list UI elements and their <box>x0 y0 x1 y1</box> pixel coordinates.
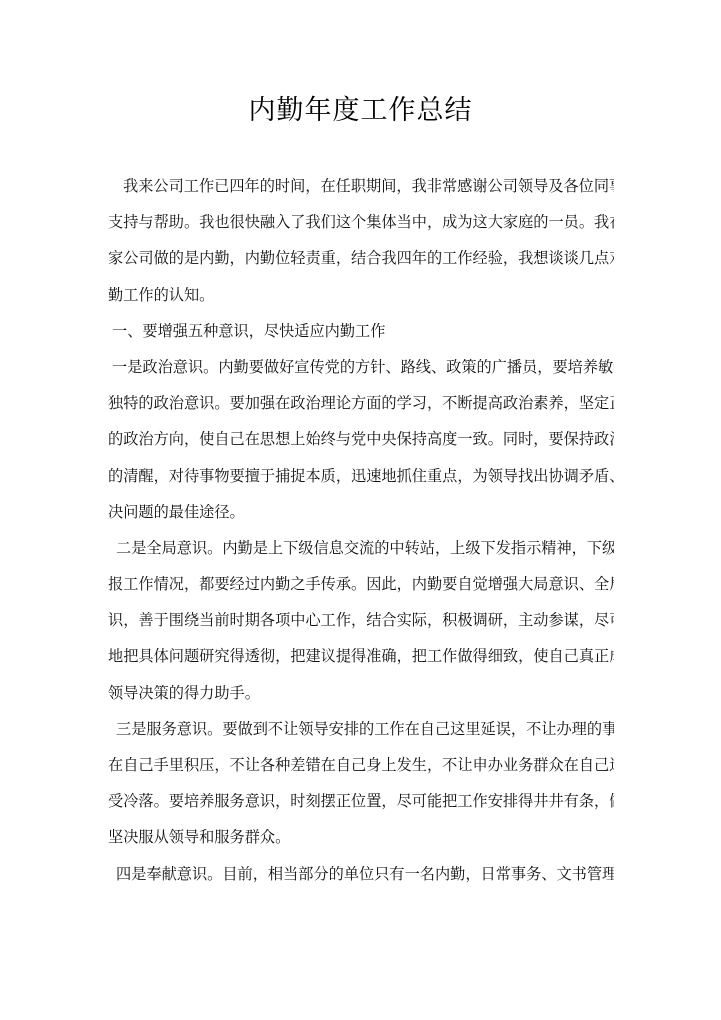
text-line: 三是服务意识。要做到不让领导安排的工作在自己这里延误，不让办理的事项 <box>108 711 614 747</box>
document-body: 我来公司工作已四年的时间，在任职期间，我非常感谢公司领导及各位同事的 支持与帮助… <box>108 168 614 892</box>
document-page: 内勤年度工作总结 我来公司工作已四年的时间，在任职期间，我非常感谢公司领导及各位… <box>0 0 721 1020</box>
text-line: 领导决策的得力助手。 <box>108 675 614 711</box>
text-line: 四是奉献意识。目前，相当部分的单位只有一名内勤，日常事务、文书管理、 <box>108 856 614 892</box>
text-line: 决问题的最佳途径。 <box>108 494 614 530</box>
text-line: 一是政治意识。内勤要做好宣传党的方针、路线、政策的广播员，要培养敏锐、 <box>108 349 614 385</box>
section-heading: 一、要增强五种意识，尽快适应内勤工作 <box>108 313 614 349</box>
text-line: 在自己手里积压，不让各种差错在自己身上发生，不让申办业务群众在自己这里 <box>108 747 614 783</box>
text-line: 我来公司工作已四年的时间，在任职期间，我非常感谢公司领导及各位同事的 <box>108 168 614 204</box>
text-line: 受冷落。要培养服务意识，时刻摆正位置，尽可能把工作安排得井井有条，做到 <box>108 783 614 819</box>
text-line: 的政治方向，使自己在思想上始终与党中央保持高度一致。同时，要保持政治上 <box>108 421 614 457</box>
text-line: 勤工作的认知。 <box>108 277 614 313</box>
text-line: 支持与帮助。我也很快融入了我们这个集体当中，成为这大家庭的一员。我在这 <box>108 204 614 240</box>
text-line: 的清醒，对待事物要擅于捕捉本质，迅速地抓住重点，为领导找出协调矛盾、解 <box>108 458 614 494</box>
document-title: 内勤年度工作总结 <box>0 88 721 127</box>
text-line: 识，善于围绕当前时期各项中心工作，结合实际，积极调研，主动参谋，尽可能 <box>108 602 614 638</box>
text-line: 独特的政治意识。要加强在政治理论方面的学习，不断提高政治素养，坚定正确 <box>108 385 614 421</box>
text-line: 坚决服从领导和服务群众。 <box>108 819 614 855</box>
text-line: 报工作情况，都要经过内勤之手传承。因此，内勤要自觉增强大局意识、全局意 <box>108 566 614 602</box>
text-line: 二是全局意识。内勤是上下级信息交流的中转站，上级下发指示精神，下级上 <box>108 530 614 566</box>
text-line: 家公司做的是内勤，内勤位轻责重，结合我四年的工作经验，我想谈谈几点对内 <box>108 240 614 276</box>
text-line: 地把具体问题研究得透彻，把建议提得准确，把工作做得细致，使自己真正成为 <box>108 638 614 674</box>
